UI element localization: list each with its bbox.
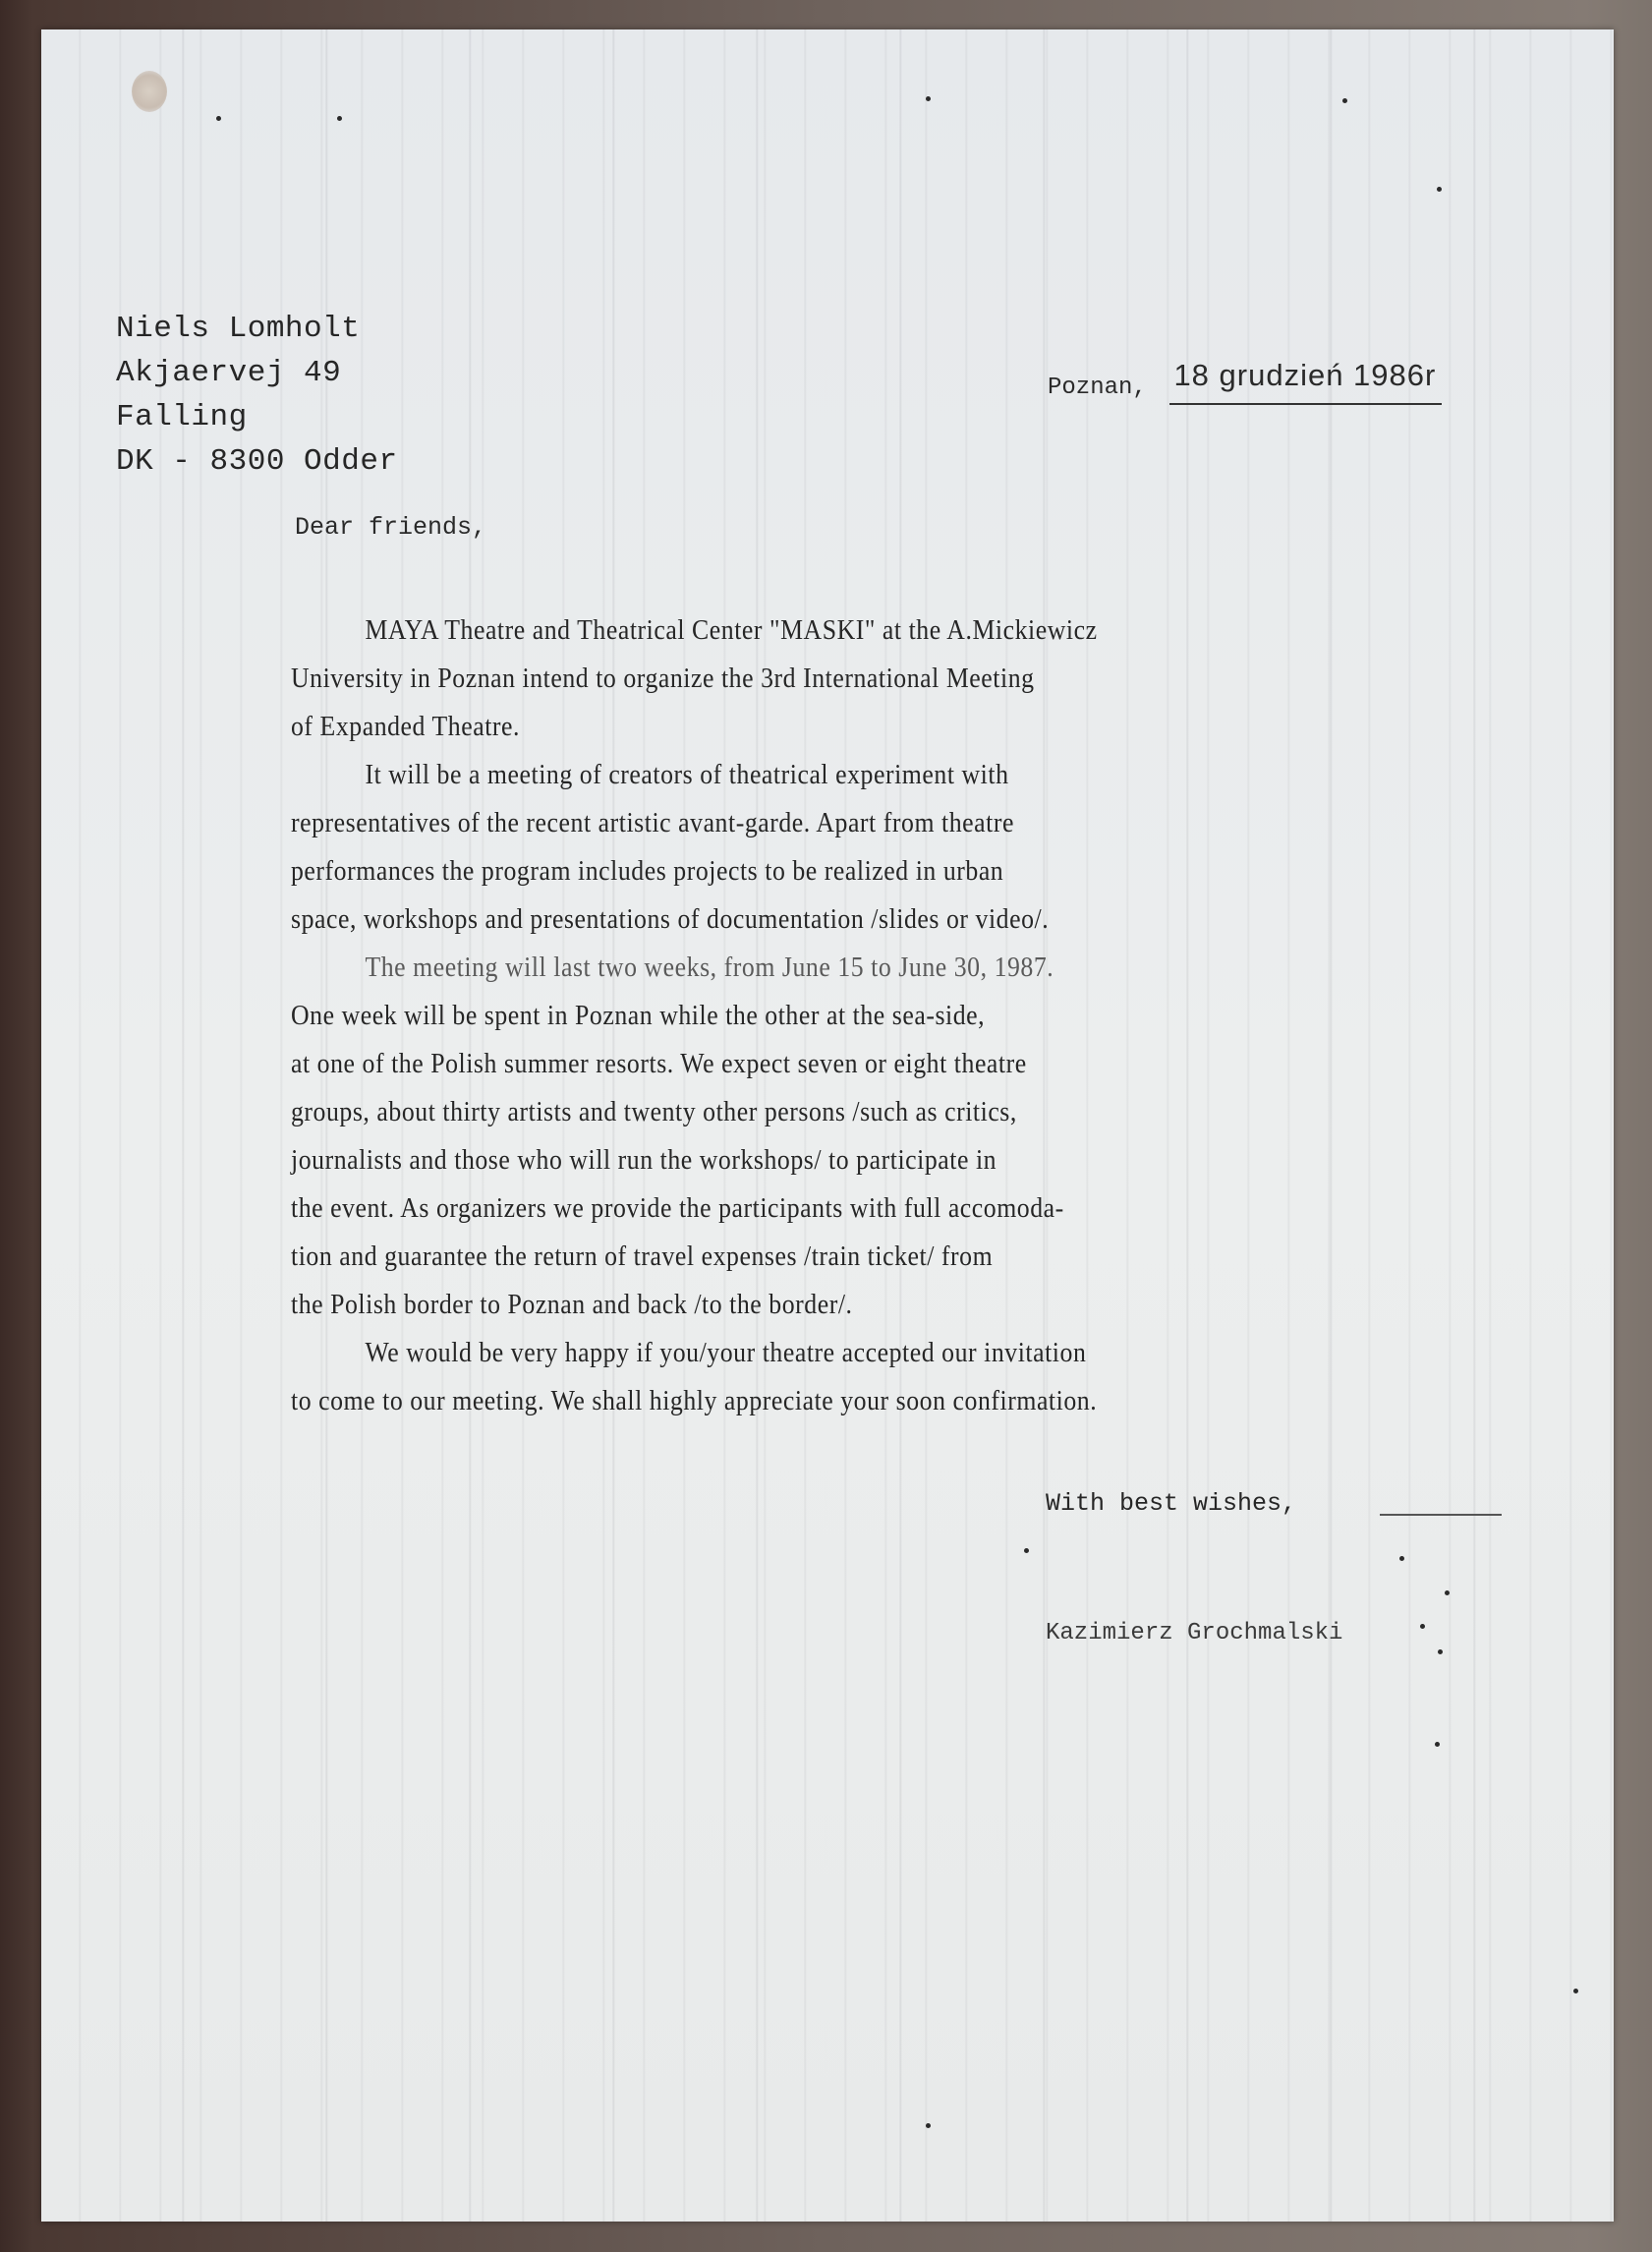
body-line: to come to our meeting. We shall highly … [291, 1377, 1430, 1425]
body-line: One week will be spent in Poznan while t… [291, 992, 1430, 1040]
body-line: groups, about thirty artists and twenty … [291, 1088, 1430, 1136]
ink-speck [926, 2123, 931, 2128]
letter-body: MAYA Theatre and Theatrical Center "MASK… [291, 606, 1529, 1425]
body-line: performances the program includes projec… [291, 847, 1430, 895]
ink-speck [926, 96, 931, 101]
ink-speck [337, 116, 342, 121]
dateline-place: Poznan, [1048, 375, 1147, 401]
ink-speck [1399, 1556, 1404, 1561]
dateline-date: 18 grudzień 1986r [1169, 358, 1442, 405]
recipient-name: Niels Lomholt [116, 307, 398, 351]
salutation: Dear friends, [295, 513, 486, 542]
body-line: the Polish border to Poznan and back /to… [291, 1281, 1430, 1329]
body-line: at one of the Polish summer resorts. We … [291, 1040, 1430, 1088]
ink-speck [1573, 1989, 1578, 1993]
ink-speck [1437, 187, 1442, 192]
ink-speck [1438, 1649, 1443, 1654]
body-line: It will be a meeting of creators of thea… [291, 751, 1430, 799]
body-line: We would be very happy if you/your theat… [291, 1329, 1430, 1377]
recipient-postal: DK - 8300 Odder [116, 439, 398, 484]
recipient-address: Niels Lomholt Akjaervej 49 Falling DK - … [116, 307, 398, 484]
body-line: space, workshops and presentations of do… [291, 895, 1430, 944]
ink-speck [1024, 1548, 1029, 1553]
body-line: journalists and those who will run the w… [291, 1136, 1430, 1184]
paper-stain [132, 71, 167, 112]
body-line: representatives of the recent artistic a… [291, 799, 1430, 847]
signature-rule [1380, 1514, 1502, 1516]
body-line: University in Poznan intend to organize … [291, 655, 1430, 703]
body-line: the event. As organizers we provide the … [291, 1184, 1430, 1233]
ink-speck [216, 116, 221, 121]
closing-phrase: With best wishes, [1046, 1489, 1296, 1518]
ink-speck [1420, 1624, 1425, 1629]
body-line: The meeting will last two weeks, from Ju… [291, 944, 1430, 992]
ink-speck [1445, 1590, 1450, 1595]
recipient-locality: Falling [116, 395, 398, 439]
ink-speck [1435, 1742, 1440, 1747]
body-line: tion and guarantee the return of travel … [291, 1233, 1430, 1281]
body-line: MAYA Theatre and Theatrical Center "MASK… [291, 606, 1430, 655]
recipient-street: Akjaervej 49 [116, 351, 398, 395]
body-line: of Expanded Theatre. [291, 703, 1430, 751]
signature-name: Kazimierz Grochmalski [1046, 1620, 1342, 1646]
ink-speck [1342, 98, 1347, 103]
dateline: Poznan, 18 grudzień 1986r [1048, 366, 1442, 413]
